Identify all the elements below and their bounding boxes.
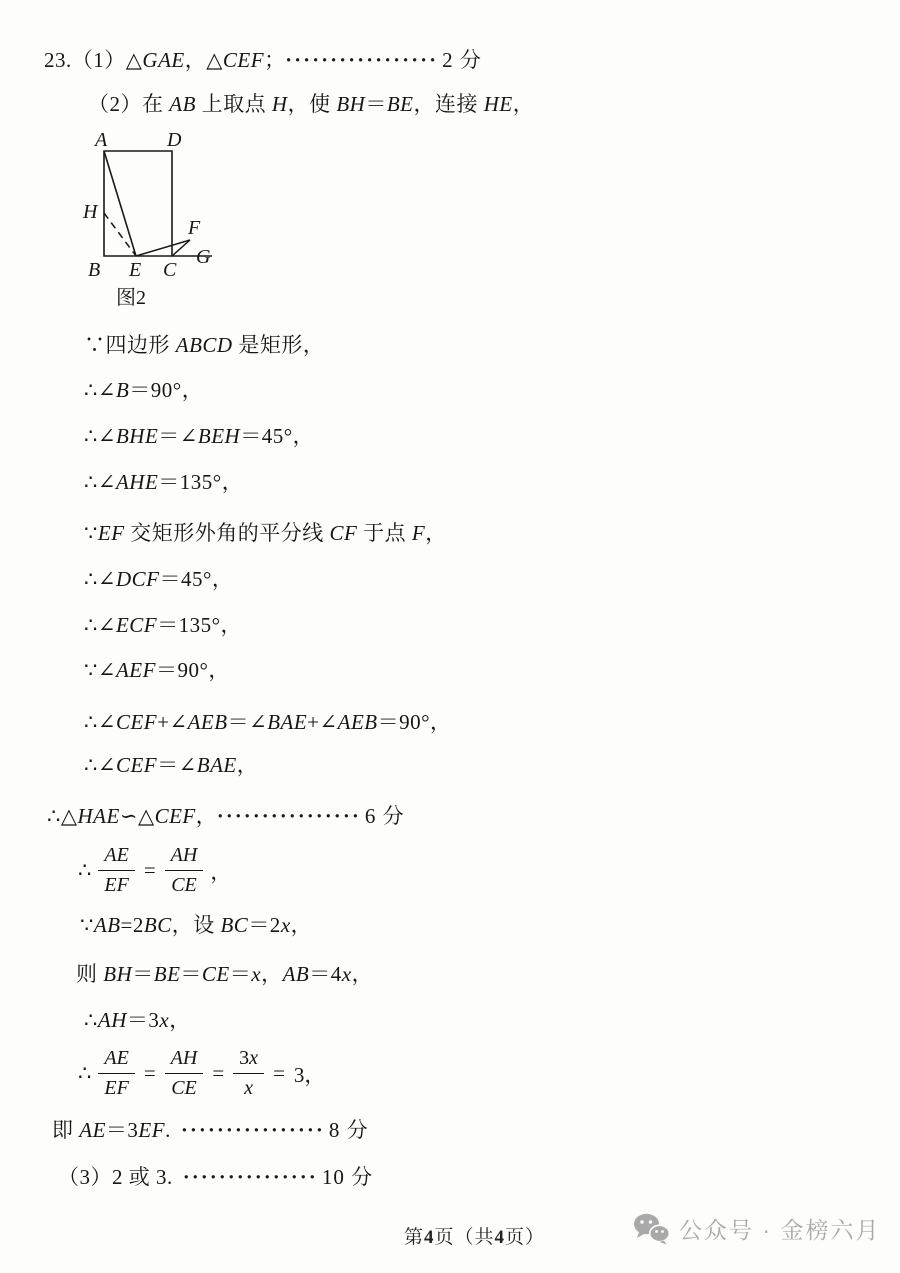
answer-sheet-page: 23.（1）△GAE，△CEF；·················2 分 （2）… — [0, 0, 900, 1273]
given-line: ∵AB=2BC，设 BC＝2x， — [80, 912, 312, 938]
line-he-dashed — [104, 213, 136, 256]
equals-sign: = — [210, 1061, 226, 1086]
dotted-leader: ················ — [207, 804, 365, 828]
figure-caption: 图2 — [116, 286, 146, 309]
step-text: ∴∠AHE＝135°， — [84, 470, 243, 494]
similarity-conclusion-line: ∴△HAE∽△CEF，················6 分 — [47, 803, 405, 829]
score-8: 8 分 — [329, 1118, 369, 1142]
dotted-leader: ··············· — [173, 1165, 322, 1189]
score-10: 10 分 — [322, 1165, 373, 1189]
score-6: 6 分 — [365, 804, 405, 828]
label-f: F — [187, 217, 201, 239]
step-text: ∴∠CEF+∠AEB＝∠BAE+∠AEB＝90°， — [84, 710, 452, 734]
conclusion-line: 即 AE＝3EF.················8 分 — [52, 1117, 369, 1143]
ah-line: ∴AH＝3x， — [84, 1007, 191, 1033]
numerator: AH — [165, 845, 204, 871]
fraction-3x-x: 3x x — [233, 1048, 264, 1099]
similarity-text: ∴△HAE∽△CEF， — [47, 804, 207, 828]
denominator: x — [233, 1074, 264, 1099]
page-num-part: 页） — [505, 1227, 545, 1248]
ah-text: ∴AH＝3x， — [84, 1008, 191, 1032]
page-number: 第4页（共4页） — [404, 1222, 545, 1249]
ratio-equation-2: ∴ AE EF = AH CE = 3x x = 3， — [78, 1048, 325, 1099]
fraction-ae-ef: AE EF — [98, 845, 134, 896]
page-num-part: 页（共 — [435, 1227, 495, 1248]
dotted-leader: ················· — [275, 48, 442, 72]
step-line: ∵EF 交矩形外角的平分线 CF 于点 F， — [84, 520, 447, 546]
numerator: AE — [98, 845, 134, 871]
equals-sign: = — [271, 1061, 287, 1086]
denominator: CE — [165, 871, 204, 896]
step-line: ∴∠ECF＝135°， — [84, 612, 242, 638]
dotted-leader: ················ — [171, 1118, 329, 1142]
total-pages: 4 — [495, 1227, 506, 1248]
equals-sign: = — [142, 1061, 158, 1086]
wechat-icon — [633, 1212, 670, 1245]
therefore-symbol: ∴ — [78, 1061, 91, 1086]
numerator: AH — [165, 1048, 204, 1074]
ratio-equation-1: ∴ AE EF = AH CE ， — [78, 845, 231, 896]
watermark-text: 公众号 · 金榜六月 — [679, 1212, 880, 1245]
rectangle-abcd — [104, 151, 172, 256]
step-text: ∴∠CEF＝∠BAE， — [84, 753, 258, 777]
denominator: EF — [98, 1074, 134, 1099]
figure-svg: A D H B E C F G 图2 — [76, 124, 226, 316]
therefore-symbol: ∴ — [78, 858, 91, 883]
step-text: ∴∠ECF＝135°， — [84, 613, 242, 637]
comma: ， — [210, 856, 231, 886]
label-c: C — [163, 259, 177, 281]
step-line: ∴∠CEF+∠AEB＝∠BAE+∠AEB＝90°， — [84, 709, 452, 735]
label-d: D — [166, 129, 182, 151]
construction-line: （2）在 AB 上取点 H，使 BH＝BE，连接 HE， — [88, 91, 534, 117]
step-line: ∴∠CEF＝∠BAE， — [84, 752, 258, 778]
result-value: 3， — [294, 1059, 326, 1089]
step-line: ∴∠BHE＝∠BEH＝45°， — [84, 423, 314, 449]
label-h: H — [82, 201, 99, 223]
step-line: ∴∠DCF＝45°， — [84, 566, 233, 592]
step-line: ∴∠B＝90°， — [84, 377, 203, 403]
step-line: ∵四边形 ABCD 是矩形， — [84, 332, 324, 358]
denominator: CE — [165, 1074, 204, 1099]
conclusion-text: 即 AE＝3EF. — [52, 1118, 171, 1142]
numerator: AE — [98, 1048, 134, 1074]
given-text: ∵AB=2BC，设 BC＝2x， — [80, 913, 312, 937]
fraction-ah-ce: AH CE — [165, 1048, 204, 1099]
construction-text: （2）在 AB 上取点 H，使 BH＝BE，连接 HE， — [88, 92, 534, 116]
step-text: ∵四边形 ABCD 是矩形， — [84, 333, 324, 357]
equals-sign: = — [142, 858, 158, 883]
numerator: 3x — [233, 1048, 264, 1074]
step-text: ∵∠AEF＝90°， — [84, 658, 230, 682]
answer-line-part1: 23.（1）△GAE，△CEF；·················2 分 — [44, 47, 482, 73]
denominator: EF — [98, 871, 134, 896]
current-page: 4 — [424, 1227, 435, 1248]
watermark: 公众号 · 金榜六月 — [633, 1212, 880, 1245]
step-text: ∴∠BHE＝∠BEH＝45°， — [84, 424, 314, 448]
geometry-figure: A D H B E C F G 图2 — [76, 124, 226, 316]
step-text: ∴∠B＝90°， — [84, 378, 203, 402]
label-g: G — [196, 246, 211, 268]
fraction-ae-ef: AE EF — [98, 1048, 134, 1099]
step-line: ∴∠AHE＝135°， — [84, 469, 243, 495]
label-e: E — [128, 259, 141, 281]
step-text: ∴∠DCF＝45°， — [84, 567, 233, 591]
part1-text: 23.（1）△GAE，△CEF； — [44, 48, 275, 72]
page-num-part: 第 — [404, 1227, 424, 1248]
score-2: 2 分 — [442, 48, 482, 72]
part3-text: （3）2 或 3. — [58, 1165, 173, 1189]
part3-answer-line: （3）2 或 3.···············10 分 — [58, 1164, 373, 1190]
line-ae — [104, 151, 136, 256]
then-line: 则 BH＝BE＝CE＝x，AB＝4x， — [76, 961, 373, 987]
then-text: 则 BH＝BE＝CE＝x，AB＝4x， — [76, 962, 373, 986]
label-a: A — [93, 129, 108, 151]
fraction-ah-ce: AH CE — [165, 845, 204, 896]
step-text: ∵EF 交矩形外角的平分线 CF 于点 F， — [84, 521, 447, 545]
label-b: B — [88, 259, 100, 281]
step-line: ∵∠AEF＝90°， — [84, 657, 230, 683]
